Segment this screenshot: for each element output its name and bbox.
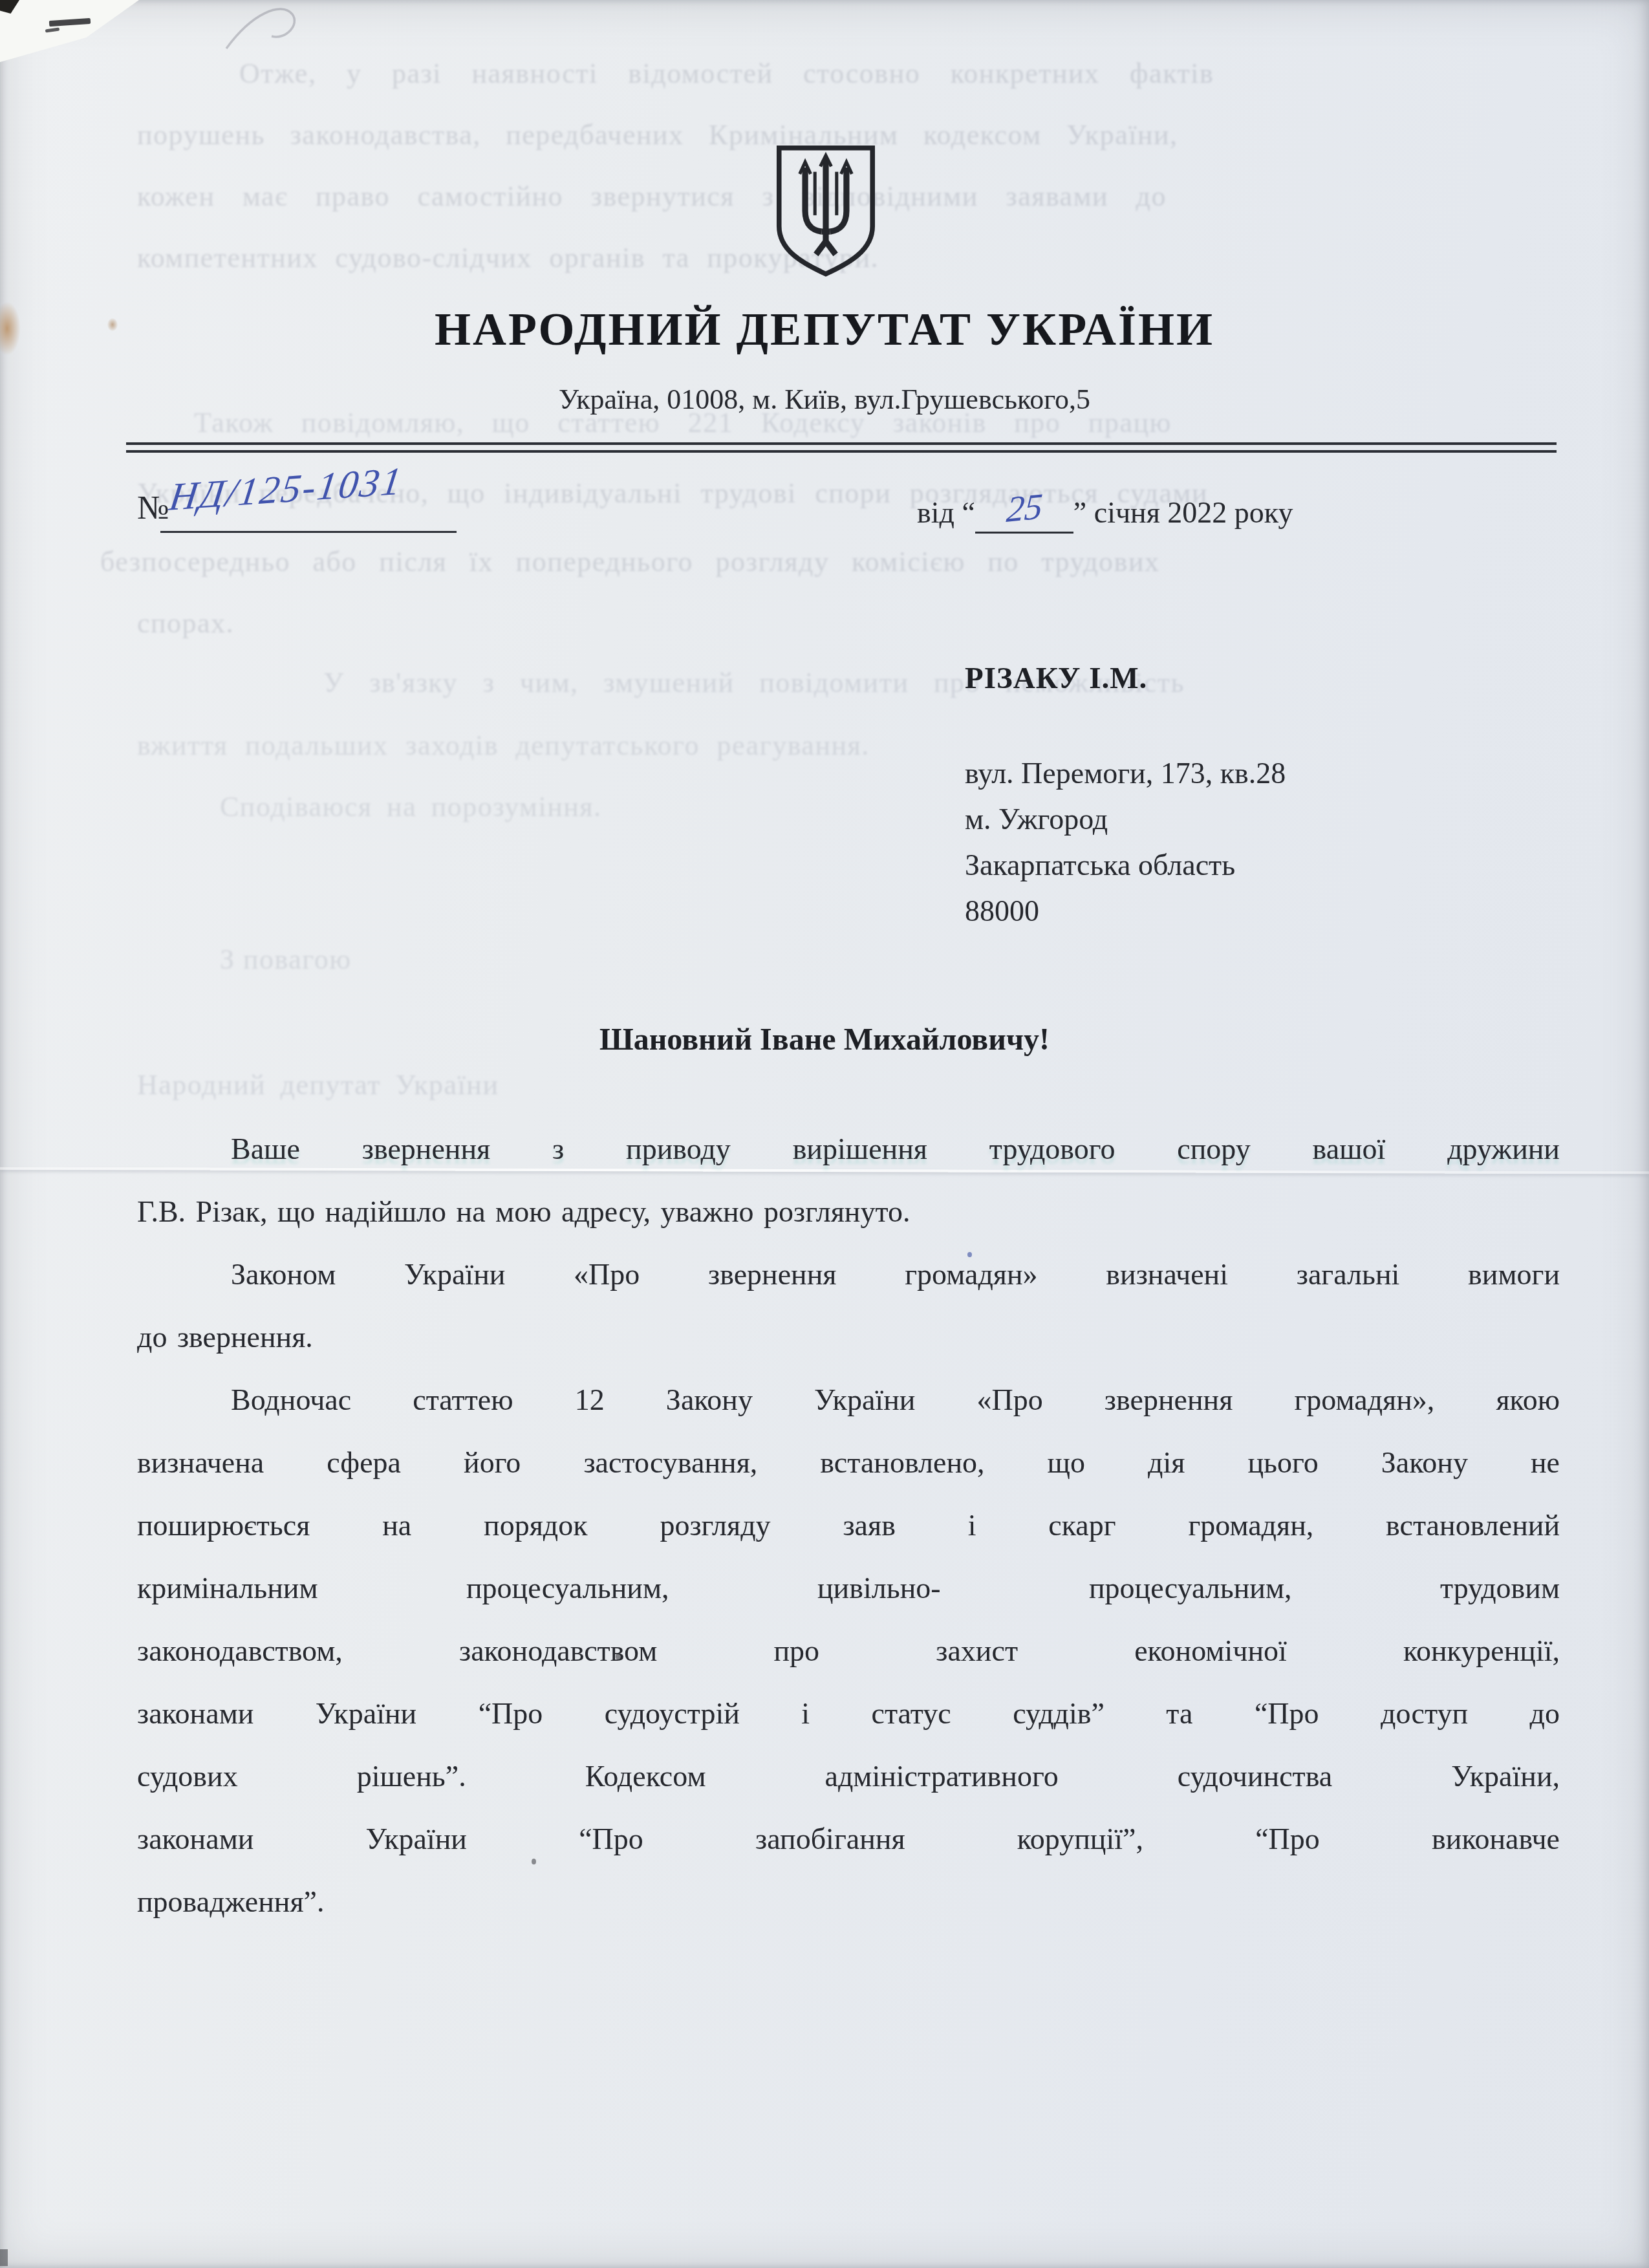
reference-number-label: № — [137, 489, 169, 527]
body-line: поширюється на порядок розгляду заяв і с… — [137, 1494, 1560, 1557]
salutation: Шановний Іване Михайловичу! — [0, 1022, 1649, 1057]
scanner-edge-mark — [0, 2249, 8, 2266]
body-line: провадження”. — [137, 1870, 1560, 1933]
bleedthrough-line: Отже, у разі наявності відомостей стосов… — [239, 57, 1214, 90]
bleedthrough-line: компетентних судово-слідчих органів та п… — [137, 241, 879, 274]
bleedthrough-line: вжиття подальших заходів депутатського р… — [137, 729, 870, 762]
body-line: судових рішень”. Кодексом адміністративн… — [137, 1745, 1560, 1808]
body-line: Водночас статтею 12 Закону України «Про … — [137, 1368, 1560, 1431]
body-line: законами України “Про запобігання корупц… — [137, 1808, 1560, 1870]
body-line: кримінальним процесуальним, цивільно- пр… — [137, 1557, 1560, 1619]
body-line: законодавством, законодавством про захис… — [137, 1619, 1560, 1682]
letterhead-divider — [126, 442, 1557, 453]
body-line: Г.В. Різак, що надійшло на мою адресу, у… — [137, 1180, 1560, 1243]
bleedthrough-line: безпосередньо або після їх попереднього … — [100, 545, 1159, 578]
reference-number-underline — [160, 531, 457, 533]
date-prefix: від “ — [917, 496, 975, 529]
torn-paper-corner — [0, 0, 139, 65]
pencil-scribble — [213, 0, 369, 58]
body-line: визначена сфера його застосування, встан… — [137, 1431, 1560, 1494]
date-suffix: ” січня 2022 року — [1073, 496, 1293, 529]
bleedthrough-line: Сподіваюся на порозуміння. — [220, 790, 602, 823]
bleedthrough-line: З повагою — [220, 943, 352, 976]
bleedthrough-line: порушень законодавства, передбачених Кри… — [137, 118, 1178, 151]
date-day-underline: 25 — [975, 490, 1073, 534]
recipient-address-line: вул. Перемоги, 173, кв.28 — [965, 750, 1286, 796]
recipient-address: вул. Перемоги, 173, кв.28 м. Ужгород Зак… — [965, 750, 1286, 934]
letterhead-address: Україна, 01008, м. Київ, вул.Грушевськог… — [0, 383, 1649, 416]
recipient-name: РІЗАКУ І.М. — [965, 661, 1147, 696]
recipient-address-line: Закарпатська область — [965, 842, 1286, 888]
body-line: Законом України «Про звернення громадян»… — [137, 1243, 1560, 1306]
recipient-address-line: 88000 — [965, 888, 1286, 934]
tryzub-shield-icon — [771, 144, 880, 279]
recipient-address-line: м. Ужгород — [965, 796, 1286, 842]
letter-body: Ваше звернення з приводу вирішення трудо… — [137, 1118, 1560, 1933]
scanned-letter-page: Отже, у разі наявності відомостей стосов… — [0, 0, 1649, 2268]
reference-number-handwritten: НД/125-1031 — [167, 459, 406, 520]
letterhead-title: НАРОДНИЙ ДЕПУТАТ УКРАЇНИ — [0, 303, 1649, 356]
body-line: законами України “Про судоустрій і стату… — [137, 1682, 1560, 1745]
bleedthrough-line: спорах. — [137, 607, 234, 640]
body-line: до звернення. — [137, 1306, 1560, 1368]
bleedthrough-line: кожен має право самостійно звернутися з … — [137, 180, 1167, 213]
body-line: Ваше звернення з приводу вирішення трудо… — [137, 1118, 1560, 1180]
reference-date: від “25” січня 2022 року — [917, 490, 1293, 534]
bleedthrough-line: Народний депутат України — [137, 1068, 499, 1101]
date-day-handwritten: 25 — [1005, 486, 1044, 532]
